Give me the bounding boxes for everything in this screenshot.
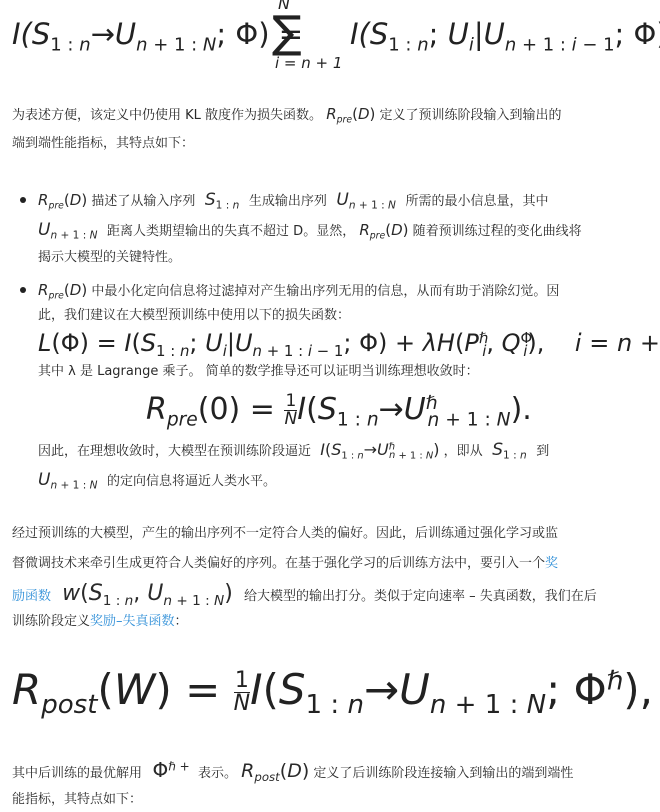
paragraph-kl-divergence-line2: 端到端性能指标，其特点如下： (12, 130, 194, 158)
link-reward-distortion-function[interactable]: 奖励–失真函数 (90, 614, 175, 629)
paragraph-post-training-line2: 督微调技术来牵引生成更符合人类偏好的序列。在基于强化学习的后训练方法中，要引入一… (12, 550, 558, 578)
bullet-2-line7: Un + 1 : N 的定向信息将逼近人类水平。 (38, 466, 276, 496)
bullet-2-line6: 因此，在理想收敛时，大模型在预训练阶段逼近 I(S1 : n→Uℏn + 1 :… (38, 436, 549, 466)
equation-rhs: I(S1 : n; Ui|Un + 1 : i − 1; Φ). (350, 14, 660, 54)
paragraph-post-training-line3: 励函数 w(S1 : n, Un + 1 : N) 给大模型的输出打分。类似于定… (12, 580, 597, 611)
paragraph-rpost-line2: 能指标，其特点如下： (12, 786, 142, 812)
equation-loss-function: L(Φ) = I(S1 : n; Ui|Un + 1 : i − 1; Φ) +… (38, 326, 660, 360)
paragraph-rpost-line1: 其中后训练的最优解用 Φℏ + 表示。 Rpost(D) 定义了后训练阶段连接输… (12, 756, 573, 788)
paragraph-post-training-line1: 经过预训练的大模型，产生的输出序列不一定符合人类的偏好。因此，后训练通过强化学习… (12, 520, 558, 548)
bullet-1-line3: 揭示大模型的关键特性。 (38, 244, 181, 272)
bullet-dot (20, 197, 26, 203)
equation-rpost: Rpost(W) = 1NI(S1 : n→Un + 1 : N; Φℏ), (12, 660, 653, 720)
sum-upper-limit: N (278, 0, 290, 13)
bullet-1-line2: Un + 1 : N 距离人类期望输出的失真不超过 D。显然， Rpre(D) … (38, 216, 582, 246)
paragraph-post-training-line4: 训练阶段定义奖励–失真函数： (12, 608, 188, 636)
sum-symbol: ∑ (272, 8, 302, 58)
sum-lower-limit: i = n + 1 (275, 54, 342, 72)
bullet-1-line1: Rpre(D) 描述了从输入序列 S1 : n 生成输出序列 Un + 1 : … (38, 186, 548, 216)
bullet-2-line4: 其中 λ 是 Lagrange 乘子。 简单的数学推导还可以证明当训练理想收敛时… (38, 358, 479, 386)
equation-rpre-zero: Rpre(0) = 1NI(S1 : n→Uℏn + 1 : N). (146, 388, 532, 432)
link-reward-function-cont[interactable]: 励函数 (12, 589, 51, 604)
bullet-dot (20, 287, 26, 293)
paragraph-kl-divergence: 为表述方便，该定义中仍使用 KL 散度作为损失函数。 Rpre(D) 定义了预训… (12, 100, 562, 130)
link-reward-function[interactable]: 奖 (545, 556, 558, 571)
equation-directed-information-sum: I(S1 : n→Un + 1 : N; Φ) = (12, 14, 303, 54)
